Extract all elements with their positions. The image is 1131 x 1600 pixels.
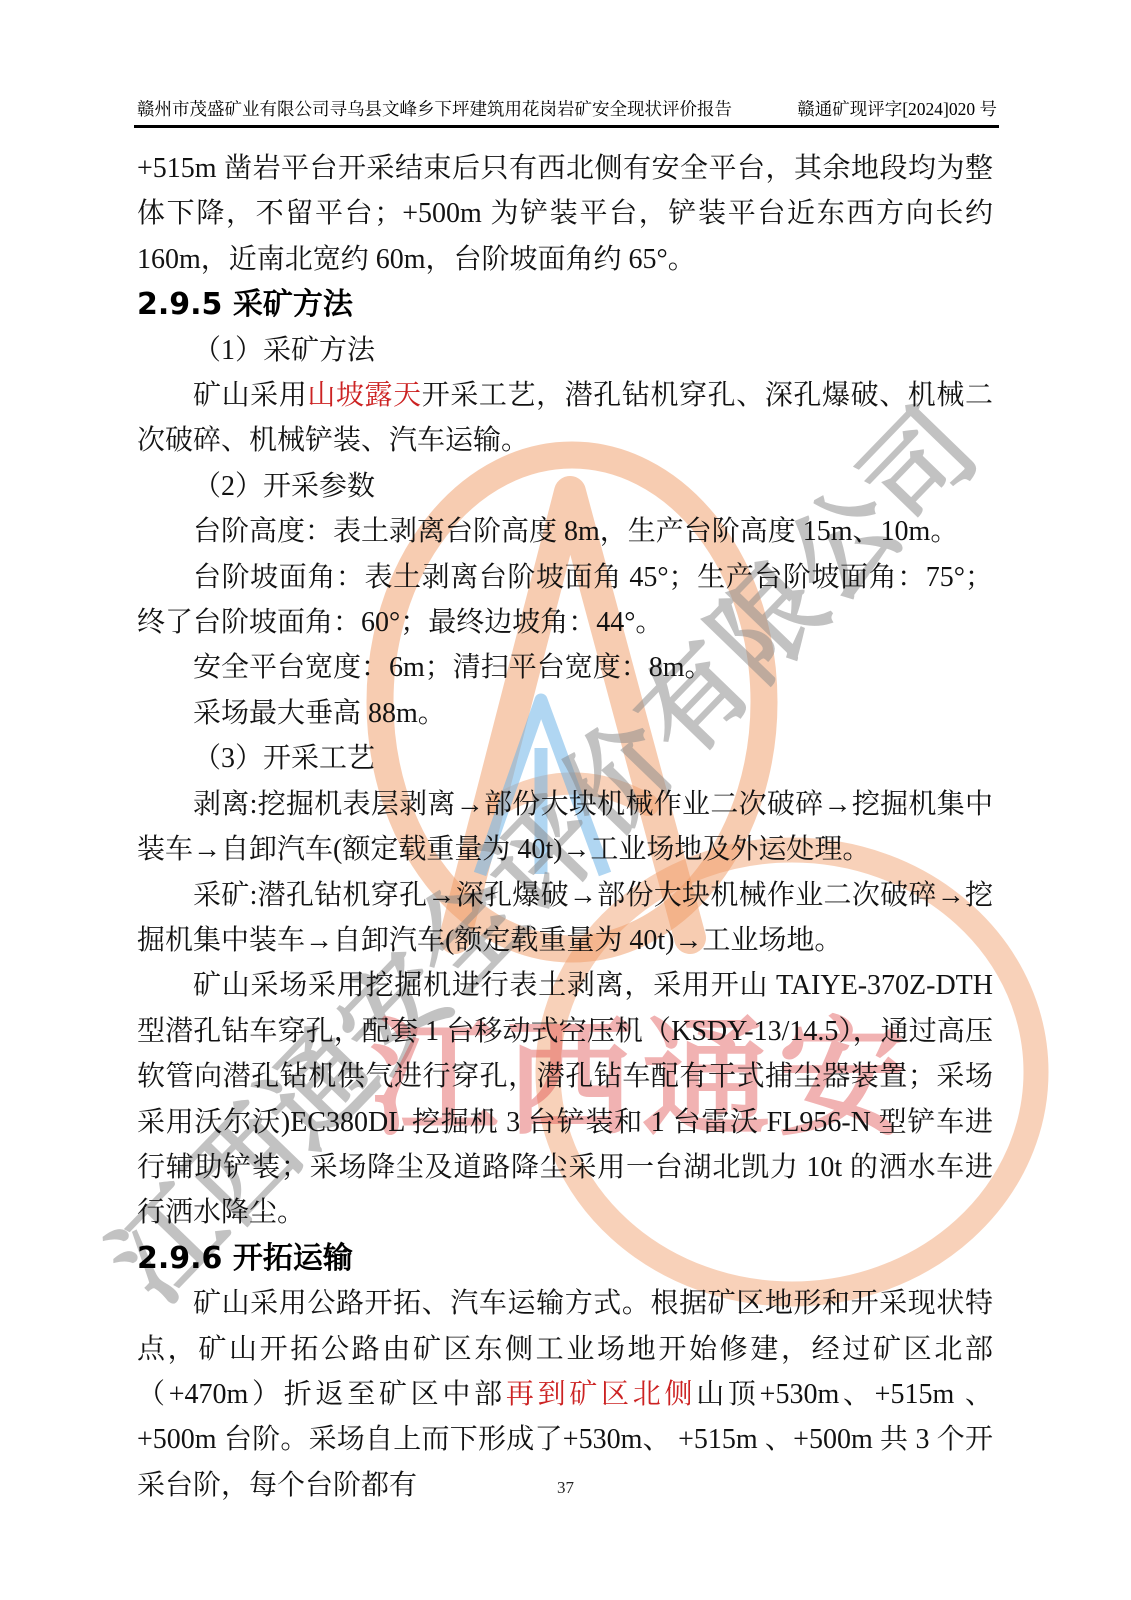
red-highlight-text: 山坡露天 — [307, 380, 421, 411]
text-run: 2.9.6 开拓运输 — [137, 1241, 353, 1276]
paragraph: 矿山采用公路开拓、汽车运输方式。根据矿区地形和开采现状特点，矿山开拓公路由矿区东… — [137, 1281, 993, 1508]
text-run: 采场最大垂高 88m。 — [193, 698, 446, 729]
paragraph: 采场最大垂高 88m。 — [137, 691, 993, 736]
page-number: 37 — [0, 1478, 1131, 1498]
text-run: 安全平台宽度：6m；清扫平台宽度：8m。 — [193, 652, 713, 683]
red-highlight-text: 再到矿区北侧 — [506, 1379, 696, 1410]
paragraph: （2）开采参数 — [137, 464, 993, 509]
page-header: 赣州市茂盛矿业有限公司寻乌县文峰乡下坪建筑用花岗岩矿安全现状评价报告 赣通矿现评… — [137, 96, 997, 121]
paragraph: 采矿:潜孔钻机穿孔→深孔爆破→部份大块机械作业二次破碎→挖掘机集中装车→自卸汽车… — [137, 873, 993, 964]
paragraph: （3）开采工艺 — [137, 736, 993, 781]
section-heading: 2.9.5 采矿方法 — [137, 282, 993, 327]
text-run: 台阶高度：表土剥离台阶高度 8m，生产台阶高度 15m、10m。 — [193, 516, 958, 547]
paragraph: +515m 凿岩平台开采结束后只有西北侧有安全平台，其余地段均为整体下降，不留平… — [137, 146, 993, 282]
report-page: 江西通安全评价有限公司 江西通安 赣州市茂盛矿业有限公司寻乌县文峰乡下坪建筑用花… — [0, 0, 1131, 1600]
text-run: 采矿:潜孔钻机穿孔→深孔爆破→部份大块机械作业二次破碎→挖掘机集中装车→自卸汽车… — [137, 880, 993, 956]
text-run: 剥离:挖掘机表层剥离→部份大块机械作业二次破碎→挖掘机集中装车→自卸汽车(额定载… — [137, 789, 993, 865]
paragraph: 剥离:挖掘机表层剥离→部份大块机械作业二次破碎→挖掘机集中装车→自卸汽车(额定载… — [137, 782, 993, 873]
paragraph: 台阶坡面角：表土剥离台阶坡面角 45°；生产台阶坡面角：75°；终了台阶坡面角：… — [137, 555, 993, 646]
section-heading: 2.9.6 开拓运输 — [137, 1236, 993, 1281]
text-run: 矿山采用 — [193, 380, 307, 411]
paragraph: 矿山采场采用挖掘机进行表土剥离，采用开山 TAIYE-370Z-DTH 型潜孔钻… — [137, 963, 993, 1235]
text-run: （1）采矿方法 — [193, 335, 375, 366]
paragraph: 矿山采用山坡露天开采工艺，潜孔钻机穿孔、深孔爆破、机械二次破碎、机械铲装、汽车运… — [137, 373, 993, 464]
document-number: 赣通矿现评字[2024]020 号 — [797, 96, 997, 121]
paragraph: 安全平台宽度：6m；清扫平台宽度：8m。 — [137, 645, 993, 690]
text-run: 2.9.5 采矿方法 — [137, 287, 353, 322]
paragraph: 台阶高度：表土剥离台阶高度 8m，生产台阶高度 15m、10m。 — [137, 509, 993, 554]
text-run: 矿山采场采用挖掘机进行表土剥离，采用开山 TAIYE-370Z-DTH 型潜孔钻… — [137, 970, 993, 1228]
text-run: +515m 凿岩平台开采结束后只有西北侧有安全平台，其余地段均为整体下降，不留平… — [137, 153, 993, 275]
report-title: 赣州市茂盛矿业有限公司寻乌县文峰乡下坪建筑用花岗岩矿安全现状评价报告 — [137, 96, 732, 121]
text-run: 台阶坡面角：表土剥离台阶坡面角 45°；生产台阶坡面角：75°；终了台阶坡面角：… — [137, 562, 993, 638]
text-run: （2）开采参数 — [193, 471, 375, 502]
paragraph: （1）采矿方法 — [137, 328, 993, 373]
header-rule — [134, 125, 999, 128]
document-body: +515m 凿岩平台开采结束后只有西北侧有安全平台，其余地段均为整体下降，不留平… — [137, 146, 993, 1508]
text-run: （3）开采工艺 — [193, 743, 375, 774]
